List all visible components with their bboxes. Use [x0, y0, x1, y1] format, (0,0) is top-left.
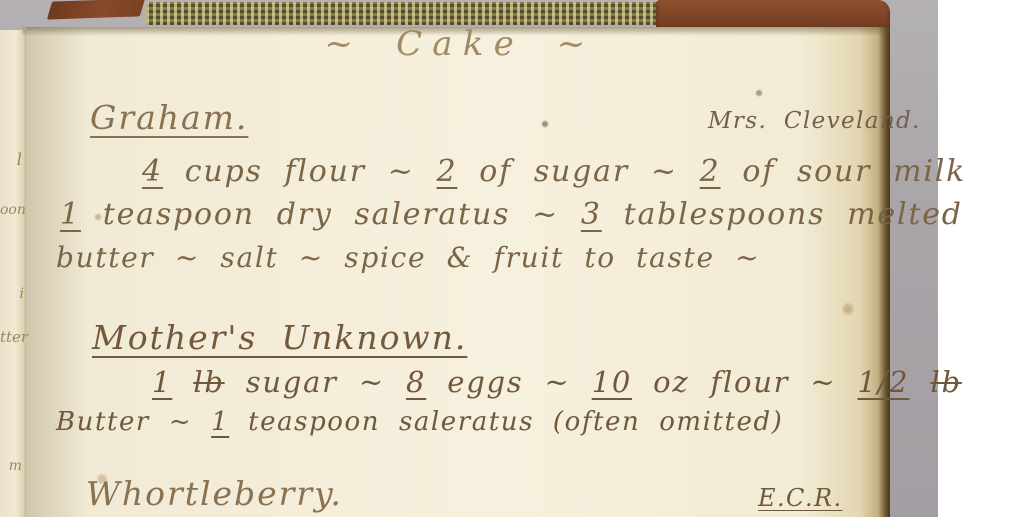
- ingredient-text: Butter ~: [56, 407, 211, 437]
- ingredient-text: 2: [700, 154, 721, 189]
- recipe-line: 1 teaspoon dry saleratus ~ 3 tablespoons…: [60, 198, 963, 231]
- recipe-name-mothers-unknown: Mother's Unknown.: [92, 320, 467, 356]
- recipe-line: 4 cups flour ~ 2 of sugar ~ 2 of sour mi…: [142, 155, 966, 188]
- previous-page-edge: [0, 30, 26, 517]
- recipe-name-graham: Graham.: [90, 100, 248, 136]
- recipe-name-whortleberry: Whortleberry.: [86, 476, 343, 512]
- recipe-line: butter ~ salt ~ spice & fruit to taste ~: [56, 243, 760, 274]
- margin-fragment: tter: [0, 328, 22, 346]
- ingredient-text: eggs ~: [426, 365, 592, 399]
- margin-fragment: i: [2, 286, 24, 302]
- ingredient-text: tablespoons melted: [602, 197, 963, 232]
- ingredient-text: lb: [931, 365, 962, 399]
- photo-white-margin: [938, 0, 1024, 517]
- ingredient-text: 4: [142, 154, 163, 189]
- ingredient-text: lb: [193, 365, 224, 399]
- ingredient-text: [172, 365, 193, 399]
- ingredient-text: 10: [592, 365, 632, 399]
- ingredient-text: 8: [406, 365, 426, 399]
- ingredient-text: [909, 365, 930, 399]
- ingredient-text: oz flour ~: [632, 365, 857, 399]
- recipe-line: 1 lb sugar ~ 8 eggs ~ 10 oz flour ~ 1/2 …: [152, 367, 962, 399]
- ingredient-text: 1: [152, 365, 172, 399]
- margin-fragment: m: [0, 458, 22, 474]
- signature-initials: E.C.R.: [758, 485, 843, 511]
- recipe-line: Butter ~ 1 teaspoon saleratus (often omi…: [56, 408, 783, 437]
- ingredient-text: 1/2: [857, 365, 909, 399]
- ingredient-text: 1: [60, 197, 81, 232]
- ingredient-text: 2: [437, 154, 458, 189]
- ingredient-text: (often omitted): [553, 407, 783, 437]
- recipe-attribution: Mrs. Cleveland.: [708, 109, 921, 134]
- ingredient-text: teaspoon saleratus: [229, 407, 553, 437]
- book-binding-cloth: [146, 2, 676, 25]
- margin-fragment: oon: [0, 202, 22, 218]
- ingredient-text: 3: [581, 197, 602, 232]
- ingredient-text: cups flour ~: [163, 154, 437, 189]
- margin-fragment: l: [0, 150, 22, 170]
- leather-scrap: [47, 0, 145, 20]
- page-title: ~ Cake ~: [300, 26, 620, 63]
- ingredient-text: 1: [211, 407, 229, 437]
- ingredient-text: of sugar ~: [457, 154, 699, 189]
- ingredient-text: sugar ~: [225, 365, 406, 399]
- ingredient-text: teaspoon dry saleratus ~: [81, 197, 581, 232]
- ingredient-text: of sour milk: [721, 154, 967, 189]
- ingredient-text: butter ~ salt ~ spice & fruit to taste ~: [56, 241, 760, 274]
